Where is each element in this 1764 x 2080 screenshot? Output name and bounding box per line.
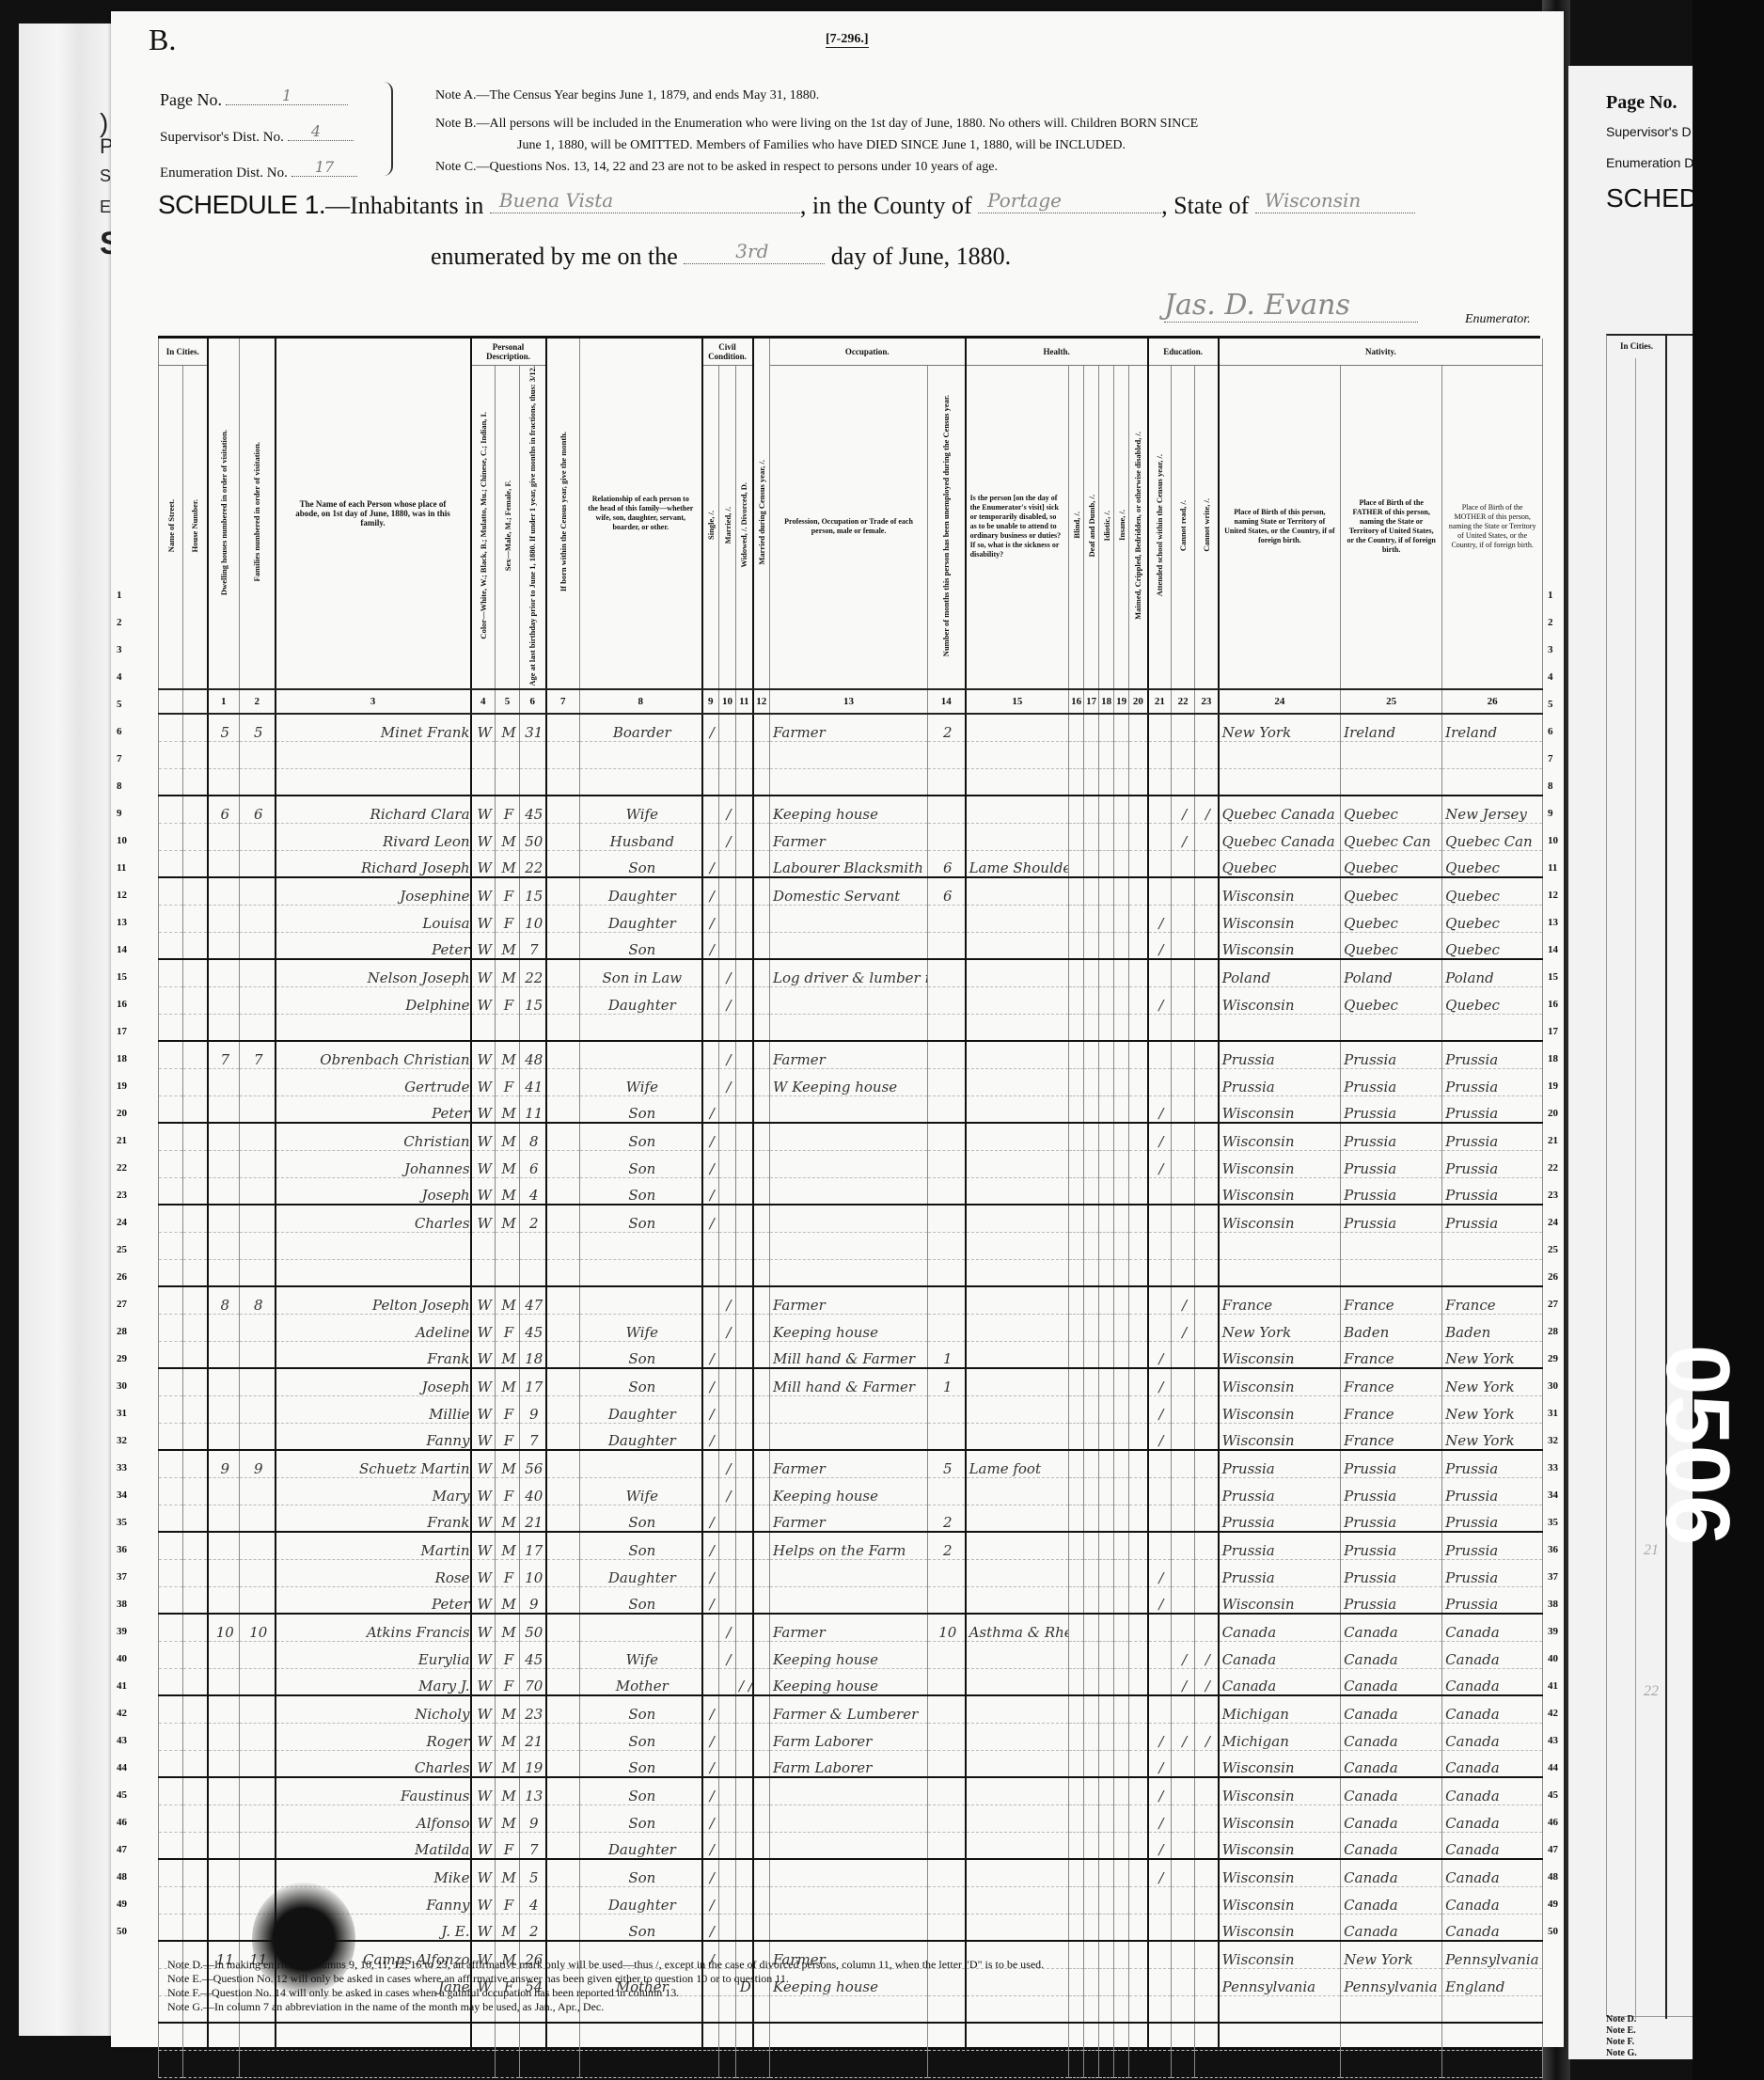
relationship-cell: Daughter: [580, 986, 702, 1014]
street-cell: [159, 1150, 183, 1177]
right-enumeration-label: Enumeration D: [1606, 155, 1693, 170]
insane-cell: [1114, 1832, 1129, 1859]
person-name-cell: [276, 2050, 471, 2077]
dwelling-number-cell: [208, 1477, 240, 1505]
deaf-cell: [1084, 1505, 1099, 1532]
relationship-cell: [580, 2023, 702, 2050]
married-census-year-cell: [753, 768, 770, 796]
color-cell: W: [471, 1777, 496, 1804]
insane-cell: [1114, 1477, 1129, 1505]
color-cell: W: [471, 1695, 496, 1723]
right-in-cities-label: In Cities.: [1620, 341, 1653, 351]
married-census-year-cell: [753, 1205, 770, 1232]
color-cell: W: [471, 1505, 496, 1532]
blind-cell: [1069, 1832, 1084, 1859]
widowed-mark-cell: [736, 986, 753, 1014]
deaf-cell: [1084, 2023, 1099, 2050]
insane-cell: [1114, 1723, 1129, 1750]
single-mark-cell: /: [702, 1695, 719, 1723]
cannot-read-cell: [1172, 850, 1195, 877]
father-birthplace-cell: [1341, 741, 1442, 768]
married-mark-cell: [719, 1532, 736, 1559]
married-mark-cell: [719, 1859, 736, 1886]
maimed-cell: [1129, 1995, 1148, 2023]
insane-cell: [1114, 1695, 1129, 1723]
months-unemployed-cell: [928, 768, 966, 796]
widowed-mark-cell: [736, 1014, 753, 1041]
birthplace-cell: Wisconsin: [1219, 1914, 1341, 1941]
sex-cell: F: [496, 877, 520, 905]
cannot-read-cell: [1172, 1368, 1195, 1395]
age-cell: 45: [520, 1641, 546, 1668]
maimed-cell: [1129, 1777, 1148, 1804]
attended-school-cell: [1148, 959, 1172, 986]
col-header-14: Number of months this person has been un…: [928, 365, 966, 689]
widowed-mark-cell: / /: [736, 1668, 753, 1695]
cannot-write-cell: [1195, 1586, 1219, 1614]
deaf-cell: [1084, 1368, 1099, 1395]
father-birthplace-cell: Prussia: [1341, 1123, 1442, 1150]
father-birthplace-cell: [1341, 1232, 1442, 1259]
relationship-cell: [580, 768, 702, 796]
inhabitants-in-label: —Inhabitants in: [325, 192, 483, 219]
father-birthplace-cell: France: [1341, 1341, 1442, 1368]
table-row: FannyWF7Daughter//WisconsinFranceNew Yor…: [159, 1423, 1543, 1450]
attended-school-cell: [1148, 1641, 1172, 1668]
age-cell: [520, 2050, 546, 2077]
col-header-street: Name of Street.: [159, 365, 183, 689]
cannot-write-cell: [1195, 1123, 1219, 1150]
cannot-read-cell: [1172, 1750, 1195, 1777]
single-mark-cell: /: [702, 1395, 719, 1423]
table-row: FannyWF4Daughter/WisconsinCanadaCanada: [159, 1886, 1543, 1914]
deaf-cell: [1084, 768, 1099, 796]
father-birthplace-cell: Canada: [1341, 1614, 1442, 1641]
deaf-cell: [1084, 1750, 1099, 1777]
street-cell: [159, 1832, 183, 1859]
insane-cell: [1114, 2050, 1129, 2077]
person-name-cell: Faustinus: [276, 1777, 471, 1804]
birthplace-cell: Quebec Canada: [1219, 823, 1341, 850]
occupation-cell: [770, 1559, 928, 1586]
occupation-cell: Mill hand & Farmer: [770, 1368, 928, 1395]
dwelling-number-cell: [208, 741, 240, 768]
sex-cell: M: [496, 932, 520, 959]
cannot-read-cell: [1172, 1614, 1195, 1641]
family-number-cell: [240, 1314, 276, 1341]
line-number: 43: [1548, 1735, 1558, 1746]
married-census-year-cell: [753, 1750, 770, 1777]
idiotic-cell: [1099, 850, 1114, 877]
relationship-cell: [580, 1614, 702, 1641]
insane-cell: [1114, 1532, 1129, 1559]
col-header-21: Attended school within the Census year, …: [1148, 365, 1172, 689]
attended-school-cell: [1148, 1614, 1172, 1641]
widowed-mark-cell: [736, 1395, 753, 1423]
line-number: 28: [1548, 1326, 1558, 1337]
sex-cell: M: [496, 1041, 520, 1068]
maimed-cell: [1129, 714, 1148, 741]
months-unemployed-cell: 6: [928, 850, 966, 877]
birthplace-cell: Canada: [1219, 1614, 1341, 1641]
sickness-cell: [966, 768, 1069, 796]
deaf-cell: [1084, 850, 1099, 877]
father-birthplace-cell: Prussia: [1341, 1205, 1442, 1232]
months-unemployed-cell: [928, 1914, 966, 1941]
relationship-cell: Son: [580, 1177, 702, 1205]
mother-birthplace-cell: New York: [1442, 1423, 1543, 1450]
birthplace-cell: [1219, 2050, 1341, 2077]
house-cell: [183, 1395, 208, 1423]
attended-school-cell: [1148, 1205, 1172, 1232]
cannot-write-cell: /: [1195, 1723, 1219, 1750]
married-mark-cell: [719, 1777, 736, 1804]
street-cell: [159, 2023, 183, 2050]
birth-month-cell: [546, 1532, 580, 1559]
line-number: 36: [1548, 1544, 1558, 1555]
cannot-write-cell: [1195, 1205, 1219, 1232]
person-name-cell: Pelton Joseph: [276, 1286, 471, 1314]
table-row: J. E.WM2Son/WisconsinCanadaCanada: [159, 1914, 1543, 1941]
attended-school-cell: [1148, 1014, 1172, 1041]
sickness-cell: [966, 2050, 1069, 2077]
attended-school-cell: [1148, 1668, 1172, 1695]
line-number: 6: [1548, 726, 1553, 737]
line-number: 29: [117, 1353, 127, 1364]
age-cell: 48: [520, 1041, 546, 1068]
group-header-nativity: Nativity.: [1219, 339, 1543, 365]
married-census-year-cell: [753, 1532, 770, 1559]
age-cell: 21: [520, 1505, 546, 1532]
idiotic-cell: [1099, 1832, 1114, 1859]
mother-birthplace-cell: New York: [1442, 1341, 1543, 1368]
mother-birthplace-cell: [1442, 1232, 1543, 1259]
blind-cell: [1069, 1341, 1084, 1368]
dwelling-number-cell: [208, 1777, 240, 1804]
age-cell: 50: [520, 823, 546, 850]
age-cell: 56: [520, 1450, 546, 1477]
sex-cell: F: [496, 986, 520, 1014]
color-cell: W: [471, 823, 496, 850]
street-cell: [159, 850, 183, 877]
single-mark-cell: /: [702, 1886, 719, 1914]
family-number-cell: [240, 1804, 276, 1832]
attended-school-cell: /: [1148, 1368, 1172, 1395]
cannot-write-cell: [1195, 1314, 1219, 1341]
street-cell: [159, 1695, 183, 1723]
color-cell: W: [471, 1914, 496, 1941]
birthplace-cell: Wisconsin: [1219, 1177, 1341, 1205]
street-cell: [159, 1341, 183, 1368]
birth-month-cell: [546, 1723, 580, 1750]
line-number: 47: [1548, 1844, 1558, 1855]
married-census-year-cell: [753, 1232, 770, 1259]
age-cell: 15: [520, 986, 546, 1014]
months-unemployed-cell: [928, 2050, 966, 2077]
relationship-cell: Son: [580, 1532, 702, 1559]
sickness-cell: [966, 1668, 1069, 1695]
birthplace-cell: Pennsylvania: [1219, 1968, 1341, 1995]
blind-cell: [1069, 850, 1084, 877]
birthplace-cell: Wisconsin: [1219, 1832, 1341, 1859]
maimed-cell: [1129, 850, 1148, 877]
idiotic-cell: [1099, 1259, 1114, 1286]
dwelling-number-cell: [208, 959, 240, 986]
months-unemployed-cell: [928, 1886, 966, 1914]
street-cell: [159, 823, 183, 850]
dwelling-number-cell: [208, 1859, 240, 1886]
supervisor-dist-value: 4: [311, 122, 321, 140]
single-mark-cell: /: [702, 1832, 719, 1859]
line-number: 45: [117, 1789, 127, 1801]
age-cell: 6: [520, 1150, 546, 1177]
married-mark-cell: /: [719, 1314, 736, 1341]
dwelling-number-cell: [208, 1395, 240, 1423]
birth-month-cell: [546, 1341, 580, 1368]
age-cell: 2: [520, 1205, 546, 1232]
line-number: 7: [1548, 753, 1553, 764]
attended-school-cell: /: [1148, 1859, 1172, 1886]
birthplace-cell: Prussia: [1219, 1532, 1341, 1559]
cannot-read-cell: [1172, 768, 1195, 796]
idiotic-cell: [1099, 986, 1114, 1014]
blind-cell: [1069, 714, 1084, 741]
sex-cell: M: [496, 1750, 520, 1777]
sex-cell: M: [496, 1177, 520, 1205]
father-birthplace-cell: Canada: [1341, 1804, 1442, 1832]
attended-school-cell: [1148, 796, 1172, 823]
married-census-year-cell: [753, 1641, 770, 1668]
line-number: 36: [117, 1544, 127, 1555]
single-mark-cell: /: [702, 905, 719, 932]
married-census-year-cell: [753, 1559, 770, 1586]
family-number-cell: [240, 959, 276, 986]
street-cell: [159, 1505, 183, 1532]
color-cell: W: [471, 1586, 496, 1614]
married-mark-cell: [719, 1668, 736, 1695]
sex-cell: M: [496, 1505, 520, 1532]
table-row: FrankWM18Son/Mill hand & Farmer1/Wiscons…: [159, 1341, 1543, 1368]
family-number-cell: [240, 1368, 276, 1395]
age-cell: 10: [520, 905, 546, 932]
deaf-cell: [1084, 1232, 1099, 1259]
person-name-cell: Nicholy: [276, 1695, 471, 1723]
birth-month-cell: [546, 1450, 580, 1477]
blind-cell: [1069, 986, 1084, 1014]
line-number: 22: [1548, 1162, 1558, 1174]
married-mark-cell: /: [719, 823, 736, 850]
idiotic-cell: [1099, 1368, 1114, 1395]
deaf-cell: [1084, 932, 1099, 959]
idiotic-cell: [1099, 768, 1114, 796]
cannot-read-cell: [1172, 2050, 1195, 2077]
birth-month-cell: [546, 1614, 580, 1641]
sickness-cell: [966, 1314, 1069, 1341]
color-cell: W: [471, 1205, 496, 1232]
mother-birthplace-cell: Baden: [1442, 1314, 1543, 1341]
street-cell: [159, 905, 183, 932]
widowed-mark-cell: [736, 1914, 753, 1941]
dwelling-number-cell: [208, 1205, 240, 1232]
dwelling-number-cell: [208, 1723, 240, 1750]
sex-cell: M: [496, 850, 520, 877]
sickness-cell: [966, 714, 1069, 741]
cannot-write-cell: [1195, 1914, 1219, 1941]
single-mark-cell: [702, 1477, 719, 1505]
cannot-write-cell: [1195, 1777, 1219, 1804]
single-mark-cell: [702, 823, 719, 850]
cannot-write-cell: [1195, 714, 1219, 741]
family-number-cell: [240, 1095, 276, 1123]
father-birthplace-cell: Prussia: [1341, 1477, 1442, 1505]
attended-school-cell: [1148, 1259, 1172, 1286]
widowed-mark-cell: [736, 823, 753, 850]
widowed-mark-cell: [736, 1177, 753, 1205]
age-cell: 22: [520, 850, 546, 877]
father-birthplace-cell: New York: [1341, 1941, 1442, 1968]
birth-month-cell: [546, 1832, 580, 1859]
occupation-cell: Farmer: [770, 1505, 928, 1532]
birth-month-cell: [546, 1559, 580, 1586]
house-cell: [183, 1532, 208, 1559]
father-birthplace-cell: Quebec: [1341, 877, 1442, 905]
sex-cell: F: [496, 1668, 520, 1695]
deaf-cell: [1084, 741, 1099, 768]
dwelling-number-cell: [208, 823, 240, 850]
enumeration-date-line: enumerated by me on the 3rd day of June,…: [431, 242, 1011, 271]
occupation-cell: Farmer: [770, 1041, 928, 1068]
married-census-year-cell: [753, 823, 770, 850]
sex-cell: [496, 1259, 520, 1286]
idiotic-cell: [1099, 932, 1114, 959]
line-number: 15: [1548, 971, 1558, 983]
state-label: , State of: [1161, 192, 1249, 219]
widowed-mark-cell: [736, 1695, 753, 1723]
person-name-cell: Peter: [276, 1586, 471, 1614]
dwelling-number-cell: [208, 1750, 240, 1777]
birthplace-cell: Wisconsin: [1219, 1941, 1341, 1968]
table-row: PeterWM7Son//WisconsinQuebecQuebec: [159, 932, 1543, 959]
birthplace-cell: Wisconsin: [1219, 1886, 1341, 1914]
relationship-cell: Daughter: [580, 1423, 702, 1450]
house-cell: [183, 1859, 208, 1886]
deaf-cell: [1084, 1177, 1099, 1205]
deaf-cell: [1084, 1914, 1099, 1941]
birthplace-cell: Prussia: [1219, 1559, 1341, 1586]
married-census-year-cell: [753, 1886, 770, 1914]
sickness-cell: [966, 1859, 1069, 1886]
line-number: 39: [117, 1626, 127, 1637]
color-cell: W: [471, 1341, 496, 1368]
right-supervisor-label: Supervisor's D: [1606, 124, 1692, 139]
cannot-write-cell: [1195, 1341, 1219, 1368]
family-number-cell: [240, 741, 276, 768]
father-birthplace-cell: Canada: [1341, 1859, 1442, 1886]
married-mark-cell: [719, 1341, 736, 1368]
line-number: 23: [117, 1190, 127, 1201]
sickness-cell: [966, 1368, 1069, 1395]
occupation-cell: Keeping house: [770, 796, 928, 823]
mother-birthplace-cell: Prussia: [1442, 1477, 1543, 1505]
married-mark-cell: /: [719, 1477, 736, 1505]
line-number: 20: [1548, 1108, 1558, 1119]
deaf-cell: [1084, 1123, 1099, 1150]
cannot-write-cell: [1195, 1505, 1219, 1532]
widowed-mark-cell: [736, 1450, 753, 1477]
married-census-year-cell: [753, 1341, 770, 1368]
street-cell: [159, 932, 183, 959]
right-table-frame: In Cities.: [1606, 334, 1700, 2017]
occupation-cell: [770, 1423, 928, 1450]
relationship-cell: Wife: [580, 1477, 702, 1505]
blind-cell: [1069, 1286, 1084, 1314]
enum-day-value: 3rd: [735, 240, 768, 262]
street-cell: [159, 1750, 183, 1777]
dwelling-number-cell: [208, 2023, 240, 2050]
age-cell: 47: [520, 1286, 546, 1314]
col-header-15: Is the person [on the day of the Enumera…: [966, 365, 1069, 689]
dwelling-number-cell: [208, 1068, 240, 1095]
deaf-cell: [1084, 986, 1099, 1014]
family-number-cell: [240, 1505, 276, 1532]
dwelling-number-cell: [208, 768, 240, 796]
line-number: 21: [117, 1135, 127, 1146]
line-number: 43: [117, 1735, 127, 1746]
person-name-cell: Peter: [276, 932, 471, 959]
age-cell: 4: [520, 1177, 546, 1205]
deaf-cell: [1084, 1614, 1099, 1641]
age-cell: 40: [520, 1477, 546, 1505]
blind-cell: [1069, 1205, 1084, 1232]
married-mark-cell: [719, 714, 736, 741]
county-field: Portage: [978, 191, 1161, 213]
birthplace-cell: Wisconsin: [1219, 1150, 1341, 1177]
house-cell: [183, 1423, 208, 1450]
insane-cell: [1114, 1205, 1129, 1232]
blind-cell: [1069, 1014, 1084, 1041]
birth-month-cell: [546, 768, 580, 796]
single-mark-cell: /: [702, 850, 719, 877]
person-name-cell: Matilda: [276, 1832, 471, 1859]
color-cell: W: [471, 1286, 496, 1314]
birth-month-cell: [546, 1068, 580, 1095]
person-name-cell: Gertrude: [276, 1068, 471, 1095]
birth-month-cell: [546, 850, 580, 877]
sex-cell: M: [496, 1777, 520, 1804]
occupation-cell: Farm Laborer: [770, 1750, 928, 1777]
months-unemployed-cell: 1: [928, 1368, 966, 1395]
relationship-cell: Wife: [580, 796, 702, 823]
widowed-mark-cell: [736, 796, 753, 823]
census-table: In Cities. Dwelling houses numbered in o…: [158, 339, 1543, 2078]
family-number-cell: 5: [240, 714, 276, 741]
blind-cell: [1069, 1450, 1084, 1477]
insane-cell: [1114, 1150, 1129, 1177]
census-table-body: 55Minet FrankWM31Boarder/Farmer2New York…: [159, 714, 1543, 2077]
deaf-cell: [1084, 714, 1099, 741]
age-cell: 17: [520, 1368, 546, 1395]
cannot-write-cell: [1195, 1068, 1219, 1095]
col-header-25: Place of Birth of the FATHER of this per…: [1341, 365, 1442, 689]
sex-cell: F: [496, 1886, 520, 1914]
sickness-cell: [966, 1804, 1069, 1832]
family-number-cell: [240, 905, 276, 932]
married-mark-cell: [719, 905, 736, 932]
blind-cell: [1069, 1095, 1084, 1123]
attended-school-cell: /: [1148, 1423, 1172, 1450]
color-cell: W: [471, 1450, 496, 1477]
dwelling-number-cell: [208, 1095, 240, 1123]
